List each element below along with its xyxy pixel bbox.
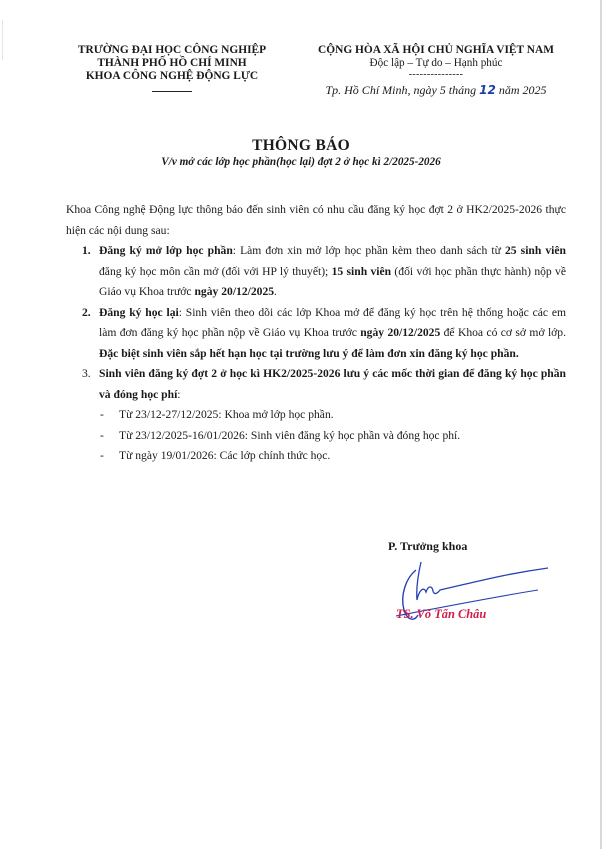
timeline-item: -Từ 23/12-27/12/2025: Khoa mở lớp học ph… <box>99 405 566 426</box>
notice-items: 1. Đăng ký mở lớp học phần: Làm đơn xin … <box>66 241 566 467</box>
document-title: THÔNG BÁO <box>0 137 602 155</box>
timeline-item: -Từ 23/12/2025-16/01/2026: Sinh viên đăn… <box>99 426 566 447</box>
notice-item-open-class: 1. Đăng ký mở lớp học phần: Làm đơn xin … <box>66 241 566 303</box>
nation-name: CỘNG HÒA XÃ HỘI CHỦ NGHĨA VIỆT NAM <box>298 44 574 57</box>
header-divider <box>152 91 192 92</box>
notice-item-retake: 2. Đăng ký học lại: Sinh viên theo dõi c… <box>66 303 566 365</box>
signer-title: P. Trưởng khoa <box>388 539 467 554</box>
document-body: Khoa Công nghệ Động lực thông báo đến si… <box>66 200 566 467</box>
institution-header: TRƯỜNG ĐẠI HỌC CÔNG NGHIỆP THÀNH PHỐ HỒ … <box>62 44 282 92</box>
signer-name: TS. Võ Tấn Châu <box>396 607 486 622</box>
university-name: TRƯỜNG ĐẠI HỌC CÔNG NGHIỆP <box>62 44 282 57</box>
city-name: THÀNH PHỐ HỒ CHÍ MINH <box>62 57 282 70</box>
notice-item-timeline: 3. Sinh viên đăng ký đợt 2 ở học kì HK2/… <box>66 364 566 467</box>
timeline-item: -Từ ngày 19/01/2026: Các lớp chính thức … <box>99 446 566 467</box>
national-header: CỘNG HÒA XÃ HỘI CHỦ NGHĨA VIỆT NAM Độc l… <box>298 44 574 97</box>
intro-paragraph: Khoa Công nghệ Động lực thông báo đến si… <box>66 200 566 241</box>
document-subject: V/v mở các lớp học phần(học lại) đợt 2 ở… <box>0 156 602 168</box>
timeline-list: -Từ 23/12-27/12/2025: Khoa mở lớp học ph… <box>99 405 566 467</box>
faculty-name: KHOA CÔNG NGHỆ ĐỘNG LỰC <box>62 70 282 83</box>
document-date: Tp. Hồ Chí Minh, ngày 5 tháng 12 năm 202… <box>298 84 574 97</box>
page-edge-mark <box>2 20 3 60</box>
handwritten-month: 12 <box>479 83 496 97</box>
motto-divider: --------------- <box>298 70 574 79</box>
